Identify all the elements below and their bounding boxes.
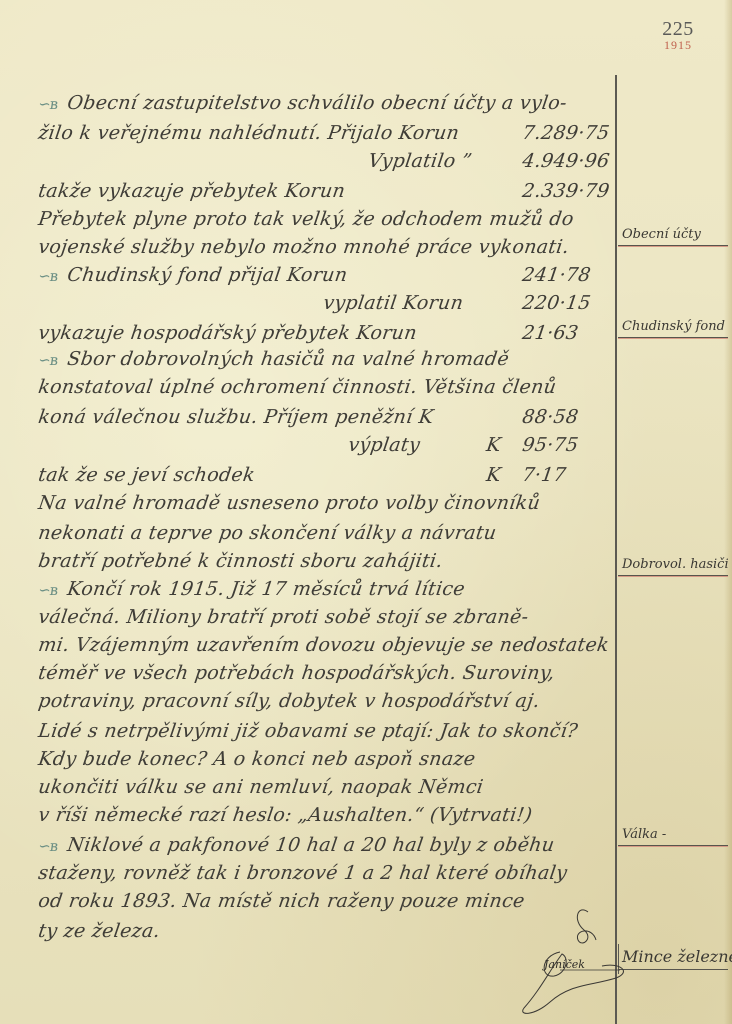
margin-box-bottom: [618, 944, 729, 974]
margin-note-red-rule: [618, 576, 728, 577]
line-text: Přebytek plyne proto tak velký, že odcho…: [37, 208, 575, 230]
margin-note-label: Dobrovol. hasiči: [618, 556, 728, 574]
margin-note-red-rule: [618, 846, 728, 847]
line-text: mi. Vzájemným uzavřením dovozu objevuje …: [37, 634, 611, 656]
line-text: Na valné hromadě usneseno proto volby či…: [37, 492, 542, 514]
paragraph-mark-icon: ∽ʙ: [37, 267, 59, 285]
margin-note: Válka -: [618, 826, 728, 847]
line-text: Kdy bude konec? A o konci neb aspoň snaz…: [37, 748, 477, 770]
line-text: výplaty: [347, 434, 422, 456]
line-text: vykazuje hospodářský přebytek Korun: [37, 322, 418, 344]
paragraph-mark-icon: ∽ʙ: [37, 581, 59, 599]
page-edge-shadow: [724, 0, 732, 1024]
paragraph-mark-icon: ∽ʙ: [37, 95, 59, 113]
line-text: Končí rok 1915. Již 17 měsíců trvá lític…: [66, 578, 467, 600]
line-text: Lidé s netrpělivými již obavami se ptají…: [37, 720, 579, 742]
amount-value: 241·78: [521, 264, 592, 286]
currency-prefix: K: [485, 434, 503, 456]
line-text: téměř ve všech potřebách hospodářských. …: [37, 662, 556, 684]
margin-note-label: Obecní účty: [618, 226, 728, 244]
currency-prefix: K: [485, 464, 503, 486]
margin-note: Obecní účty: [618, 226, 728, 247]
signature-name: Janíček: [544, 958, 585, 971]
paragraph-mark-icon: ∽ʙ: [37, 351, 59, 369]
margin-note-label: Chudinský fond: [618, 318, 728, 336]
margin-note: Chudinský fond: [618, 318, 728, 339]
line-text: nekonati a teprve po skončení války a ná…: [37, 522, 498, 544]
line-text: žilo k veřejnému nahlédnutí. Přijalo Kor…: [37, 122, 461, 144]
line-text: takže vykazuje přebytek Korun: [37, 180, 347, 202]
line-text: tak že se jeví schodek: [37, 464, 257, 486]
line-text: ukončiti válku se ani nemluví, naopak Ně…: [37, 776, 485, 798]
line-text: koná válečnou službu. Příjem peněžní K: [37, 406, 435, 428]
amount-value: 88·58: [521, 406, 580, 428]
line-text: Obecní zastupitelstvo schválilo obecní ú…: [66, 92, 568, 114]
page-year: 1915: [656, 38, 700, 53]
margin-note: Dobrovol. hasiči: [618, 556, 728, 577]
line-text: vojenské služby nebylo možno mnohé práce…: [37, 236, 571, 258]
line-text: Vyplatilo ”: [367, 150, 474, 172]
line-text: Niklové a pakfonové 10 hal a 20 hal byly…: [66, 834, 556, 856]
line-text: ty ze železa.: [37, 920, 162, 942]
line-text: od roku 1893. Na místě nich raženy pouze…: [37, 890, 526, 912]
amount-value: 7.289·75: [521, 122, 611, 144]
amount-value: 7·17: [521, 464, 568, 486]
line-text: vyplatil Korun: [322, 292, 465, 314]
amount-value: 2.339·79: [521, 180, 611, 202]
line-text: v říši německé razí heslo: „Aushalten.“ …: [37, 804, 534, 826]
line-text: Sbor dobrovolných hasičů na valné hromad…: [66, 348, 511, 370]
line-text: staženy, rovněž tak i bronzové 1 a 2 hal…: [37, 862, 569, 884]
ledger-page: 225 1915 ∽ʙObecní zastupitelstvo schváli…: [0, 0, 732, 1024]
margin-note-red-rule: [618, 246, 728, 247]
amount-value: 21·63: [521, 322, 580, 344]
margin-divider: [615, 75, 617, 1024]
line-text: potraviny, pracovní síly, dobytek v hosp…: [37, 690, 541, 712]
margin-note-red-rule: [618, 338, 728, 339]
line-text: Chudinský fond přijal Korun: [66, 264, 349, 286]
line-text: konstatoval úplné ochromení činnosti. Vě…: [37, 376, 558, 398]
amount-value: 220·15: [521, 292, 592, 314]
amount-value: 4.949·96: [521, 150, 611, 172]
line-text: bratří potřebné k činnosti sboru zahájit…: [37, 550, 444, 572]
margin-note-label: Válka -: [618, 826, 728, 844]
line-text: válečná. Miliony bratří proti sobě stojí…: [37, 606, 530, 628]
paragraph-mark-icon: ∽ʙ: [37, 837, 59, 855]
amount-value: 95·75: [521, 434, 580, 456]
